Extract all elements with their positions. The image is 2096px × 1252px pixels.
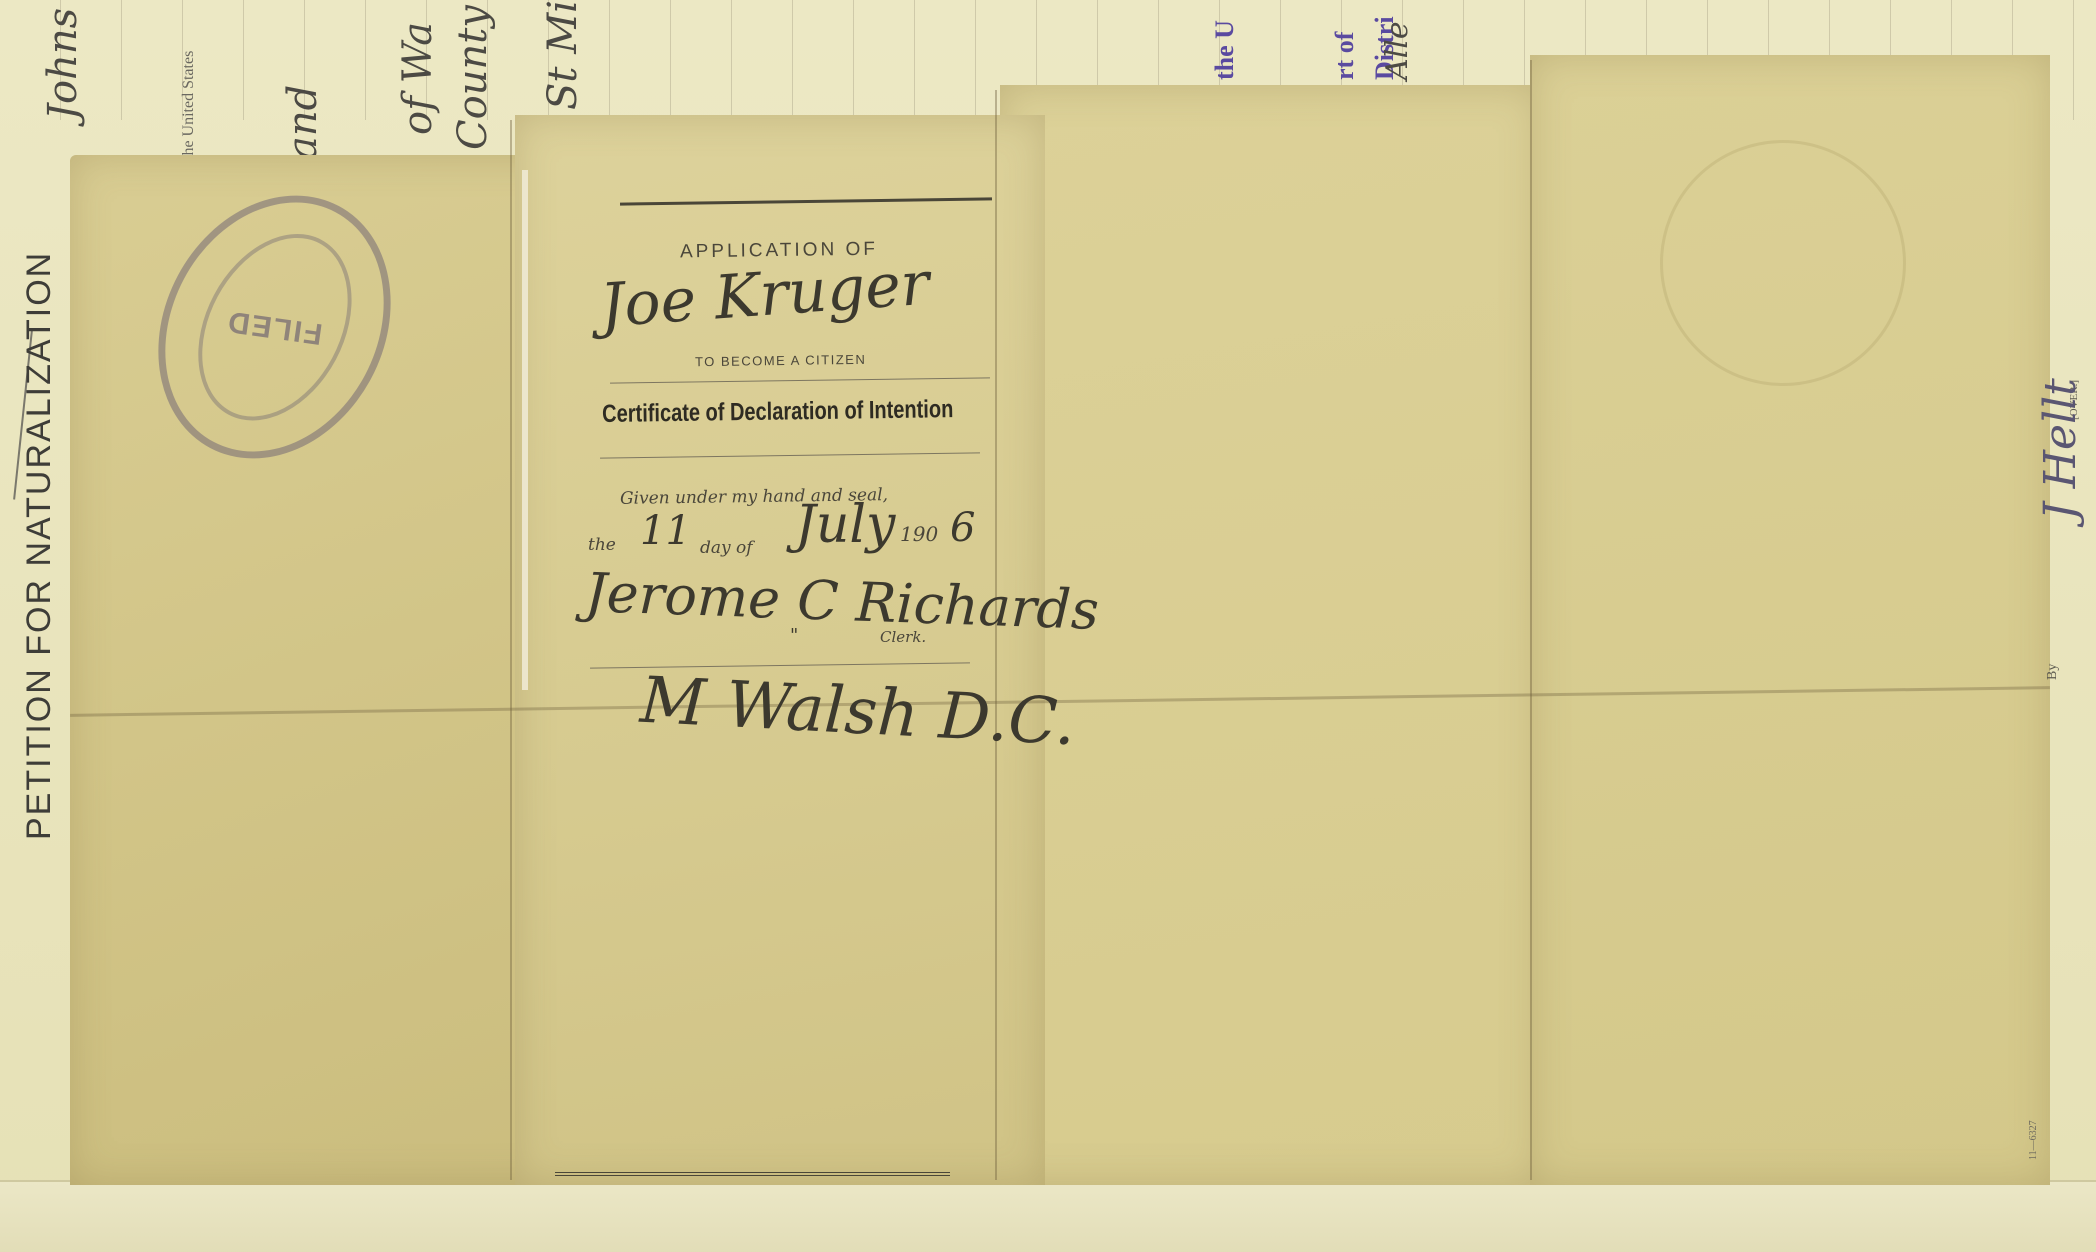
background-print-purple: rt of (1330, 32, 1360, 80)
date-year-printed: 190 (900, 522, 938, 546)
date-year-written: 6 (950, 505, 975, 551)
vertical-fold (510, 120, 512, 1180)
background-print: the United States (180, 51, 198, 160)
date-day-of-label: day of (700, 538, 753, 558)
certificate-title: Certificate of Declaration of Intention (602, 395, 954, 429)
bottom-paper-strip (0, 1180, 2096, 1252)
background-handwriting: Johns (40, 8, 86, 120)
date-prefix: the (588, 535, 616, 555)
background-print-purple: the U (1210, 20, 1240, 80)
by-label: By (2045, 664, 2061, 680)
binding-ribbon (522, 170, 528, 690)
background-handwriting: County (450, 5, 496, 150)
background-handwriting: St Mi (540, 0, 586, 110)
date-day: 11 (640, 508, 691, 554)
vertical-fold (1530, 60, 1532, 1180)
form-number: 11—6327 (2028, 1120, 2039, 1160)
embossed-seal (1660, 140, 1906, 386)
to-become-citizen-subheader: TO BECOME A CITIZEN (695, 352, 866, 369)
side-signature: J Hellt (2035, 378, 2086, 520)
filed-stamp-text: FILED (224, 303, 324, 350)
clerk-label: Clerk. (880, 628, 926, 646)
background-handwriting: of Wa (395, 22, 441, 135)
bottom-double-rule (555, 1172, 950, 1176)
ditto-mark: " (790, 625, 798, 646)
petition-title: PETITION FOR NATURALIZATION (20, 251, 59, 840)
background-handwriting: Alle (1380, 21, 1415, 80)
background-handwriting: and (280, 85, 326, 160)
date-month: July (795, 495, 895, 555)
